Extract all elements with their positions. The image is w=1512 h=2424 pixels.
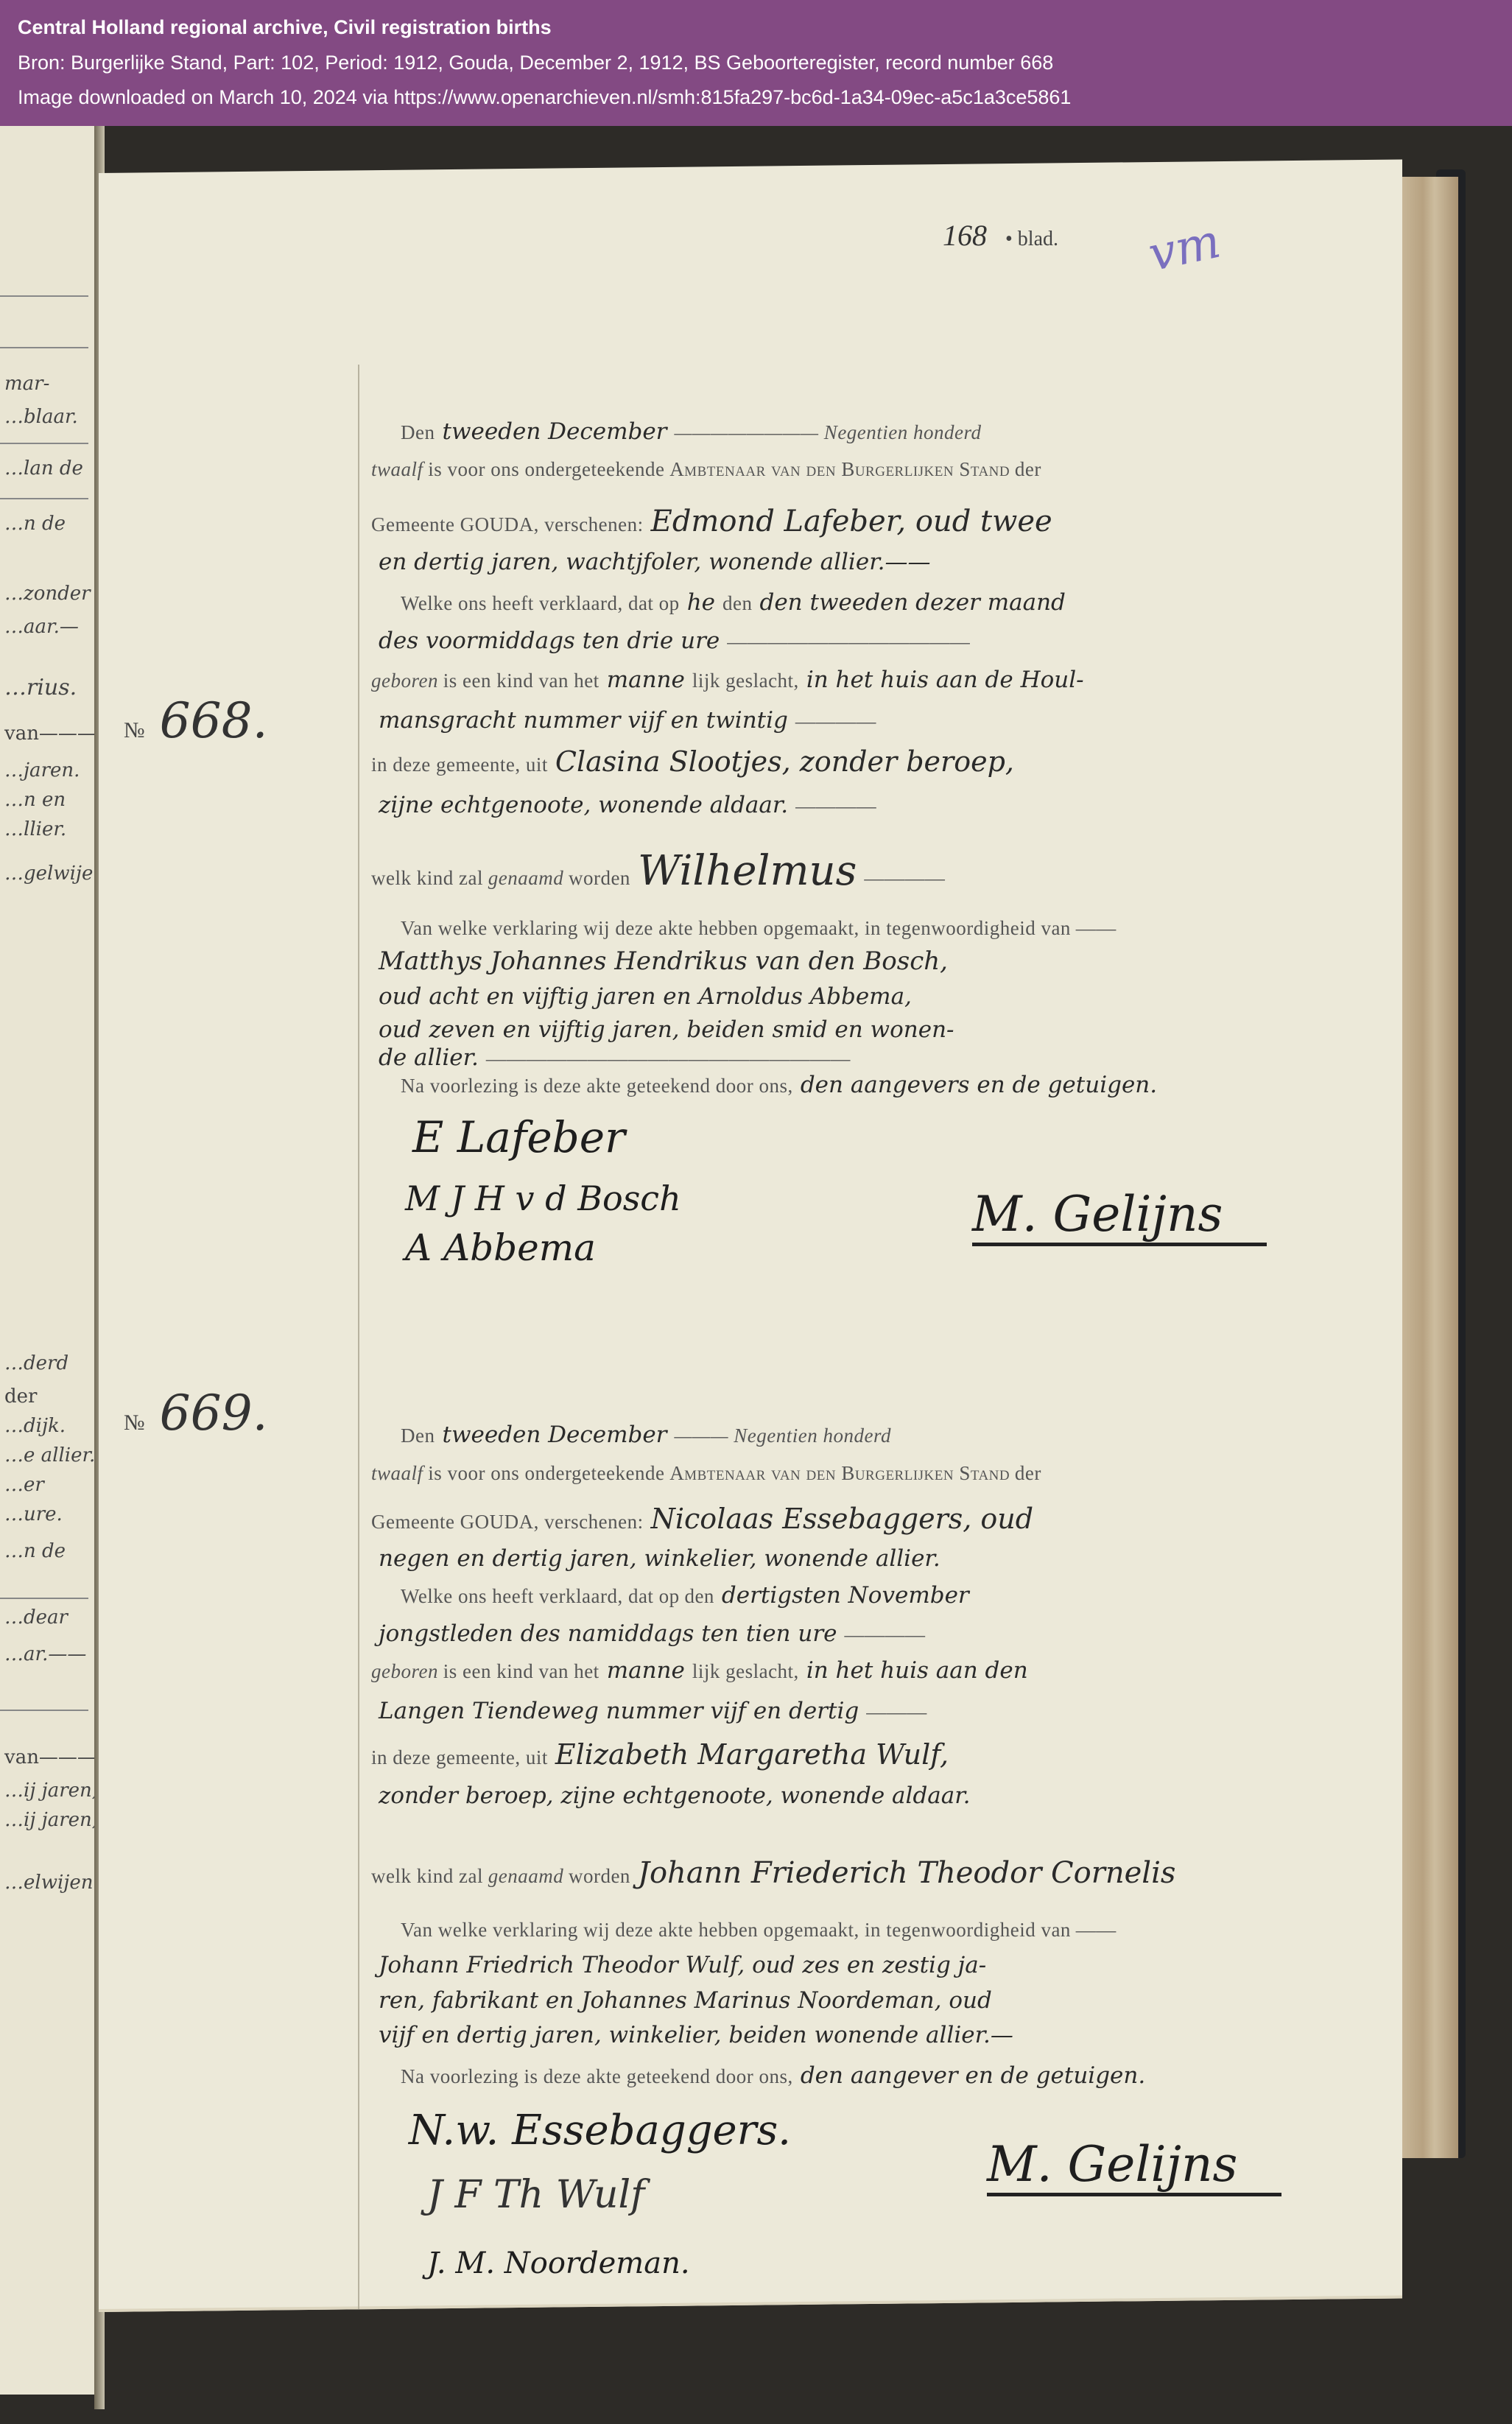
record-line: Matthys Johannes Hendrikus van den Bosch…	[371, 946, 1402, 976]
left-fragment: …n de	[4, 1540, 66, 1562]
record-line: zonder beroep, zijne echtgenoote, wonend…	[371, 1782, 1402, 1809]
left-fragment: der	[4, 1385, 37, 1408]
record-line: oud acht en vijftig jaren en Arnoldus Ab…	[371, 983, 1402, 1010]
rule-line	[0, 295, 88, 297]
child-name: Wilhelmus	[638, 847, 857, 895]
banner-title: Central Holland regional archive, Civil …	[18, 16, 552, 39]
left-fragment: …zonder	[4, 583, 91, 605]
record-line: Gemeente GOUDA, verschenen:Edmond Lafebe…	[371, 505, 1402, 538]
record-line: Johann Friedrich Theodor Wulf, oud zes e…	[371, 1952, 1402, 1978]
record-number-668: №668.	[124, 692, 268, 749]
number-sign: №	[124, 718, 145, 742]
record-line: jongstleden des namiddags ten tien ure——…	[371, 1620, 1402, 1647]
record-line: Langen Tiendeweg nummer vijf en dertig——…	[371, 1698, 1402, 1724]
record-line: in deze gemeente, uitClasina Slootjes, z…	[371, 745, 1402, 778]
rule-line	[0, 347, 88, 348]
record-number-value: 669.	[160, 1385, 268, 1441]
child-name: Johann Friederich Theodor Cornelis	[638, 1856, 1175, 1890]
record-line: Na voorlezing is deze akte geteekend doo…	[371, 2062, 1402, 2089]
record-line: zijne echtgenoote, wonende aldaar.————	[371, 792, 1402, 818]
record-line: ren, fabrikant en Johannes Marinus Noord…	[371, 1987, 1402, 2014]
page-number: 168 • blad.	[943, 218, 1058, 253]
record-number-669: №669.	[124, 1385, 268, 1441]
signature-witness-2: J. M. Noordeman.	[427, 2246, 690, 2280]
banner-download-info: Image downloaded on March 10, 2024 via h…	[18, 86, 1071, 109]
record-line: Dentweeden December——— Negentien honderd	[371, 1422, 1402, 1448]
rule-line	[0, 443, 88, 444]
signature-witness-1: M J H v d Bosch	[405, 1178, 681, 1218]
left-fragment: …dear	[4, 1606, 68, 1629]
left-fragment: …derd	[4, 1352, 68, 1374]
left-fragment: …blaar.	[4, 406, 78, 428]
margin-rule	[358, 365, 359, 2309]
page-number-value: 168	[943, 219, 987, 252]
left-fragment: …ij jaren,	[4, 1780, 98, 1802]
record-line: twaalf is voor ons ondergeteekende Ambte…	[371, 1462, 1402, 1485]
record-line: Van welke verklaring wij deze akte hebbe…	[371, 1919, 1402, 1942]
left-fragment: …ure.	[4, 1503, 63, 1525]
record-line: welk kind zal genaamd wordenJohann Fried…	[371, 1856, 1402, 1890]
signature-witness-1: J F Th Wulf	[427, 2173, 644, 2217]
record-line: Welke ons heeft verklaard, dat ophedende…	[371, 589, 1402, 616]
record-line: Welke ons heeft verklaard, dat op dender…	[371, 1582, 1402, 1609]
left-page: mar- …blaar. …lan de …n de …zonder …aar.…	[0, 126, 99, 2395]
record-line: negen en dertig jaren, winkelier, wonend…	[371, 1545, 1402, 1572]
page-edges	[1399, 177, 1458, 2158]
left-fragment: van———	[4, 1746, 96, 1768]
record-line: de allier.——————————————————	[371, 1044, 1402, 1071]
left-fragment: mar-	[4, 373, 49, 395]
left-fragment: …n de	[4, 513, 66, 535]
rule-line	[0, 1710, 88, 1711]
left-fragment: …gelwijen	[4, 863, 99, 885]
signature-declarant: E Lafeber	[412, 1112, 625, 1162]
record-line: des voormiddags ten drie ure————————————	[371, 628, 1402, 654]
record-line: Dentweeden December———————— Negentien ho…	[371, 418, 1402, 445]
left-fragment: …llier.	[4, 818, 66, 840]
record-number-value: 668.	[160, 692, 268, 749]
banner-source: Bron: Burgerlijke Stand, Part: 102, Peri…	[18, 52, 1053, 74]
record-line: mansgracht nummer vijf en twintig————	[371, 707, 1402, 734]
record-line: Na voorlezing is deze akte geteekend doo…	[371, 1072, 1402, 1098]
record-line: geboren is een kind van hetmannelijk ges…	[371, 1657, 1402, 1684]
record-line: geboren is een kind van hetmannelijk ges…	[371, 667, 1402, 693]
left-fragment: …er	[4, 1474, 44, 1496]
signature-witness-2: A Abbema	[405, 1226, 596, 1269]
left-fragment: …aar.—	[4, 616, 79, 638]
left-fragment: …ij jaren,	[4, 1809, 98, 1831]
record-line: Van welke verklaring wij deze akte hebbe…	[371, 917, 1402, 940]
rule-line	[0, 498, 88, 499]
left-fragment: …e allier.	[4, 1444, 95, 1466]
left-fragment: …jaren.	[4, 759, 80, 781]
page-label: • blad.	[1005, 228, 1058, 250]
rule-line	[0, 1598, 88, 1599]
signature-registrar: M. Gelijns	[987, 2136, 1281, 2196]
number-sign: №	[124, 1411, 145, 1435]
record-line: twaalf is voor ons ondergeteekende Ambte…	[371, 458, 1402, 481]
record-line: welk kind zal genaamd wordenWilhelmus———…	[371, 847, 1402, 895]
record-line: en dertig jaren, wachtjfoler, wonende al…	[371, 549, 1402, 575]
left-fragment: …ar.——	[4, 1643, 86, 1665]
left-fragment: …rius.	[4, 675, 77, 700]
left-fragment: …elwijen	[4, 1872, 93, 1894]
left-fragment: …lan de	[4, 457, 83, 479]
signature-registrar: M. Gelijns	[972, 1186, 1267, 1246]
record-line: in deze gemeente, uitElizabeth Margareth…	[371, 1738, 1402, 1771]
left-fragment: …dijk.	[4, 1415, 66, 1437]
left-fragment: …n en	[4, 789, 66, 811]
left-fragment: van———	[4, 723, 96, 745]
record-line: Gemeente GOUDA, verschenen:Nicolaas Esse…	[371, 1503, 1402, 1535]
signature-declarant: N.w. Essebaggers.	[409, 2107, 791, 2154]
record-line: oud zeven en vijftig jaren, beiden smid …	[371, 1016, 1402, 1043]
record-line: vijf en dertig jaren, winkelier, beiden …	[371, 2022, 1402, 2048]
archive-banner: Central Holland regional archive, Civil …	[0, 0, 1512, 126]
